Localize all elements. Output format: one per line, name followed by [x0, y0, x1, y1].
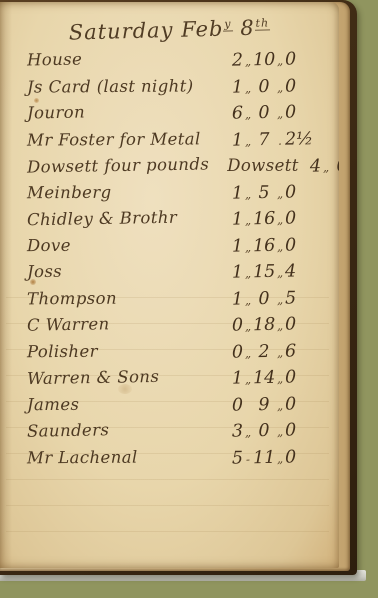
amount-pence: 5 [285, 288, 303, 308]
entry-name: Jouron [27, 102, 85, 122]
entry-name: Thompson [27, 288, 117, 308]
amount-pence: 0 [285, 367, 303, 387]
amount-pounds: 1 [227, 209, 243, 229]
amount-separator: „ [243, 266, 253, 280]
entry-name: Js Card (last night) [27, 76, 194, 96]
entry-name: Chidley & Brothr [27, 208, 177, 230]
ledger-entries: House 2 „ 10 „ 0 Js Card (last night) 1 … [0, 50, 339, 474]
amount-pounds: 0 [227, 315, 243, 335]
ledger-row: Js Card (last night) 1 „ 0 „ 0 [27, 77, 303, 104]
ledger-row: C Warren 0 „ 18 „ 0 [27, 315, 303, 342]
amount-pounds: 3 [227, 421, 243, 441]
amount-separator: „ [243, 187, 253, 201]
amount-shillings: 5 [253, 182, 275, 202]
amount-pence: 0 [285, 182, 303, 202]
amount-separator: „ [275, 239, 285, 253]
ledger-row: Chidley & Brothr 1 „ 16 „ 0 [27, 209, 303, 236]
amount-shillings: 0 [253, 421, 275, 441]
amount-separator: „ [275, 107, 285, 121]
amount-shillings: 10 [253, 50, 275, 70]
amount-separator: „ [243, 240, 253, 254]
amount-shillings: 16 [253, 235, 275, 255]
amount-pounds: 4 [305, 156, 321, 176]
entry-amount: 1 „ 16 „ 0 [227, 235, 303, 256]
ledger-row: Dove 1 „ 16 „ 0 [27, 236, 303, 263]
amount-separator: „ [243, 293, 253, 307]
amount-pence: 2½ [285, 129, 303, 149]
entry-amount: 3 „ 0 „ 0 [227, 420, 303, 441]
amount-separator: „ [243, 54, 253, 68]
amount-separator: „ [243, 134, 253, 148]
amount-separator: „ [275, 319, 285, 333]
entry-name: Polisher [27, 341, 98, 360]
amount-shillings: 2 [253, 341, 275, 361]
amount-separator: „ [275, 186, 285, 200]
entry-name: Meinberg [27, 182, 112, 202]
amount-shillings: 9 [253, 394, 275, 414]
entry-amount: 4 „ 0 „ 0 [305, 155, 339, 176]
superscript: th [254, 16, 270, 30]
amount-separator: „ [275, 345, 285, 359]
ledger-row: House 2 „ 10 „ 0 [27, 50, 303, 77]
entry-amount: 1 „ 14 „ 0 [227, 367, 303, 388]
ledger-row: Jouron 6 „ 0 „ 0 [27, 103, 303, 130]
amount-pence: 0 [285, 76, 303, 96]
amount-pence: 0 [285, 49, 303, 69]
entry-name: C Warren [27, 314, 110, 334]
amount-separator: „ [275, 292, 285, 306]
amount-separator: - [243, 452, 253, 466]
entry-name: Dowsett four pounds [27, 154, 210, 176]
ledger-row: Mr Lachenal 5 - 11 „ 0 [27, 448, 303, 475]
amount-separator: „ [243, 346, 253, 360]
entry-amount: 0 „ 2 „ 6 [227, 341, 303, 362]
ledger-row: Dowsett four pounds Dowsett 4 „ 0 „ 0 [27, 156, 303, 183]
amount-pounds: 0 [227, 342, 243, 362]
ledger-row: Saunders 3 „ 0 „ 0 [27, 421, 303, 448]
ledger-row: Thompson 1 „ 0 „ 5 [27, 289, 303, 316]
ledger-row: James 0 9 „ 0 [27, 395, 303, 422]
scanned-ledger-photo: Saturday Feby 8th House 2 „ 10 „ 0 Js Ca… [0, 0, 378, 598]
ledger-page: Saturday Feby 8th House 2 „ 10 „ 0 Js Ca… [0, 2, 339, 568]
amount-pounds: 1 [227, 368, 243, 388]
amount-pence: 0 [285, 235, 303, 255]
amount-pounds: 6 [227, 103, 243, 123]
superscript: y [223, 17, 233, 31]
amount-separator: „ [275, 213, 285, 227]
ledger-row: Warren & Sons 1 „ 14 „ 0 [27, 368, 303, 395]
amount-shillings: 0 [253, 103, 275, 123]
entry-name: Dove [27, 235, 71, 254]
amount-separator: „ [243, 213, 253, 227]
amount-separator: „ [275, 398, 285, 412]
amount-pounds: 1 [227, 236, 243, 256]
amount-shillings: 16 [253, 209, 275, 229]
amount-separator: „ [243, 81, 253, 95]
entry-name: House [27, 50, 83, 70]
amount-pence: 4 [285, 261, 303, 281]
entry-name-repeat: Dowsett [227, 156, 299, 175]
page-stack-edge: Saturday Feby 8th House 2 „ 10 „ 0 Js Ca… [0, 2, 350, 571]
entry-amount: 1 „ 5 „ 0 [227, 182, 303, 203]
entry-amount: 5 - 11 „ 0 [227, 447, 303, 468]
entry-name: James [27, 394, 79, 413]
amount-pence: 0 [285, 102, 303, 122]
amount-pounds: 5 [227, 448, 243, 468]
amount-shillings: 18 [253, 315, 275, 335]
amount-shillings: 14 [253, 368, 275, 388]
ledger-row: Polisher 0 „ 2 „ 6 [27, 342, 303, 369]
amount-pence: 0 [285, 394, 303, 414]
amount-shillings: 0 [253, 288, 275, 308]
entry-amount: 1 „ 15 „ 4 [227, 261, 303, 282]
amount-separator: „ [321, 160, 331, 174]
amount-separator: „ [275, 425, 285, 439]
amount-pounds: 1 [227, 289, 243, 309]
entry-amount: 1 „ 0 „ 0 [227, 76, 303, 97]
amount-shillings: 0 [253, 76, 275, 96]
amount-separator: „ [243, 319, 253, 333]
amount-shillings: 11 [253, 447, 275, 467]
amount-separator: „ [275, 451, 285, 465]
amount-pounds: 1 [227, 183, 243, 203]
entry-amount: 1 „ 0 „ 5 [227, 288, 303, 309]
amount-pence: 0 [285, 314, 303, 334]
amount-separator: „ [243, 372, 253, 386]
amount-shillings: 15 [253, 262, 275, 282]
amount-pounds: 1 [227, 262, 243, 282]
amount-pounds: 0 [227, 395, 243, 415]
entry-name: Mr Lachenal [27, 447, 138, 467]
entry-amount: 1 „ 16 „ 0 [227, 208, 303, 229]
amount-pence: 0 [285, 420, 303, 440]
amount-pounds: 1 [227, 130, 243, 150]
ledger-row: Meinberg 1 „ 5 „ 0 [27, 183, 303, 210]
amount-separator: . [275, 133, 285, 147]
amount-pounds: 2 [227, 50, 243, 70]
amount-separator: „ [243, 425, 253, 439]
amount-separator: „ [275, 54, 285, 68]
amount-separator: „ [275, 266, 285, 280]
page-title: Saturday Feby 8th [0, 14, 339, 47]
amount-shillings: 0 [331, 156, 339, 176]
entry-amount: 0 9 „ 0 [227, 394, 303, 415]
amount-separator: „ [275, 80, 285, 94]
book-cover-edge: Saturday Feby 8th House 2 „ 10 „ 0 Js Ca… [0, 0, 357, 575]
amount-separator: „ [243, 107, 253, 121]
entry-name: Warren & Sons [27, 367, 160, 388]
entry-amount: 6 „ 0 „ 0 [227, 102, 303, 123]
entry-amount: 1 „ 7 . 2½ [227, 129, 303, 150]
amount-pence: 0 [285, 447, 303, 467]
page-content: Saturday Feby 8th House 2 „ 10 „ 0 Js Ca… [0, 2, 339, 568]
entry-name: Joss [27, 262, 62, 282]
ledger-row: Mr Foster for Metal 1 „ 7 . 2½ [27, 130, 303, 157]
ledger-row: Joss 1 „ 15 „ 4 [27, 262, 303, 289]
entry-amount: 0 „ 18 „ 0 [227, 314, 303, 335]
amount-pounds: 1 [227, 77, 243, 97]
amount-pence: 6 [285, 341, 303, 361]
entry-name: Mr Foster for Metal [27, 129, 201, 149]
amount-pence: 0 [285, 208, 303, 228]
entry-name: Saunders [27, 420, 110, 440]
amount-separator: „ [275, 372, 285, 386]
amount-shillings: 7 [253, 129, 275, 149]
entry-amount: 2 „ 10 „ 0 [227, 49, 303, 70]
